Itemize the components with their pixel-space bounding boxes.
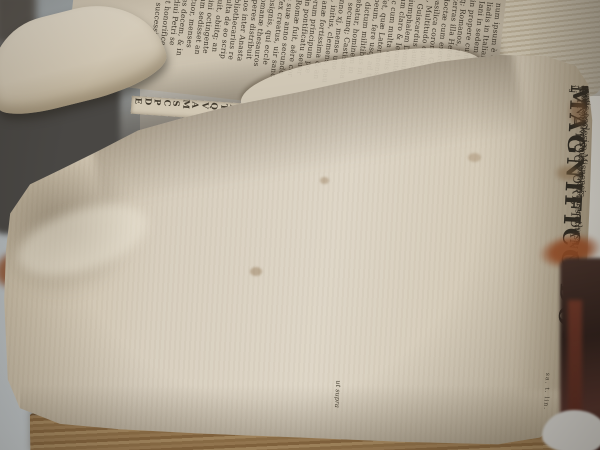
stain-speck xyxy=(554,164,582,182)
page-corner-note: sa. t. lin. xyxy=(542,373,551,411)
book-photograph: num ipsum è concilio pe liadis in Italia… xyxy=(0,0,600,450)
signature-mark-row: dd iij Decreta xyxy=(574,85,588,86)
marginal-note: ut supra xyxy=(333,380,342,408)
gathering-mark: dd iij xyxy=(568,85,589,97)
stain-speck xyxy=(568,96,590,128)
dark-object-streak xyxy=(568,300,582,420)
